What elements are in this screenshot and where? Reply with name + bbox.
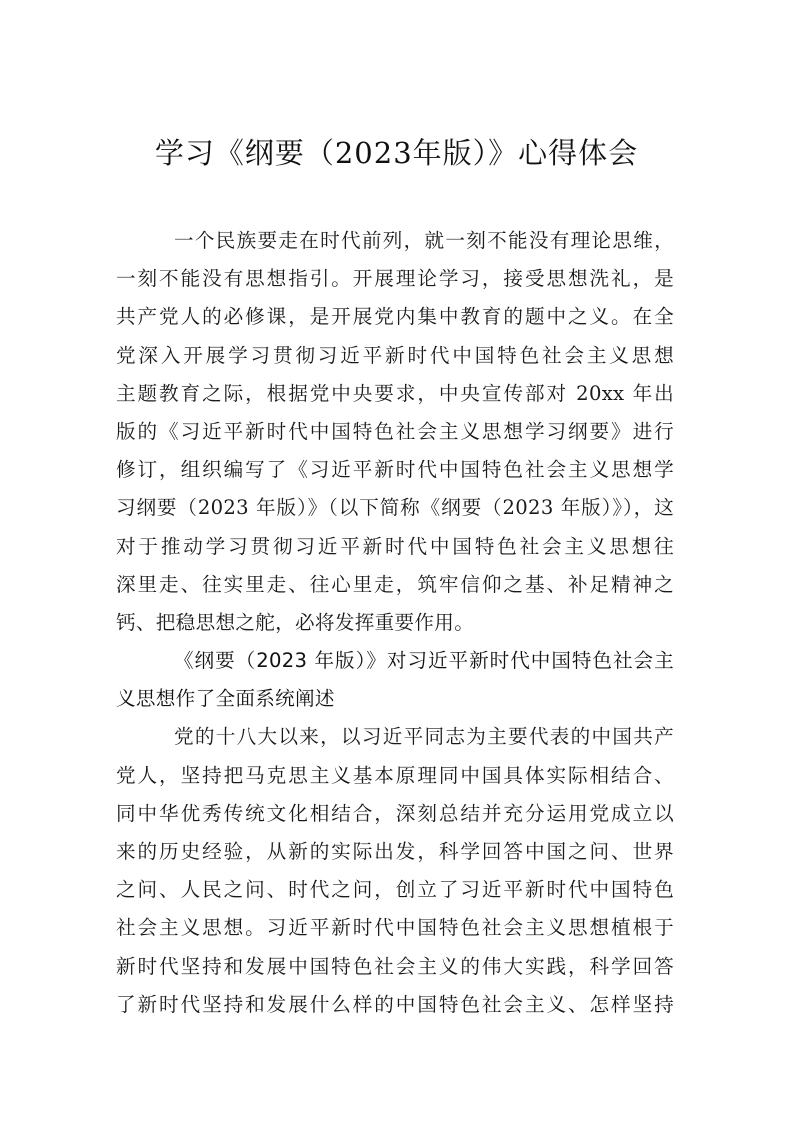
text-line: 习纲要（2023 年版）》（以下简称《纲要（2023 年版）》），这	[116, 489, 674, 527]
document-title: 学习《纲要（2023年版）》心得体会	[0, 133, 793, 173]
text-line: 钙、把稳思想之舵，必将发挥重要作用。	[116, 604, 674, 642]
text-line: 主题教育之际，根据党中央要求，中央宣传部对 20xx 年出	[116, 375, 674, 413]
text-line: 共产党人的必修课，是开展党内集中教育的题中之义。在全	[116, 298, 674, 336]
text-line: 同中华优秀传统文化相结合，深刻总结并充分运用党成立以	[116, 795, 674, 833]
text-line: 一刻不能没有思想指引。开展理论学习，接受思想洗礼，是	[116, 260, 674, 298]
text-line: 一个民族要走在时代前列，就一刻不能没有理论思维，	[116, 222, 674, 260]
text-line: 版的《习近平新时代中国特色社会主义思想学习纲要》进行	[116, 413, 674, 451]
paragraph-body: 党的十八大以来，以习近平同志为主要代表的中国共产 党人，坚持把马克思主义基本原理…	[116, 718, 674, 1024]
heading-line: 义思想作了全面系统阐述	[116, 680, 674, 718]
text-line: 党的十八大以来，以习近平同志为主要代表的中国共产	[116, 718, 674, 756]
section-heading: 《纲要（2023 年版）》对习近平新时代中国特色社会主 义思想作了全面系统阐述	[116, 642, 674, 718]
heading-line: 《纲要（2023 年版）》对习近平新时代中国特色社会主	[116, 642, 674, 680]
paragraph-intro: 一个民族要走在时代前列，就一刻不能没有理论思维， 一刻不能没有思想指引。开展理论…	[116, 222, 674, 642]
text-line: 对于推动学习贯彻习近平新时代中国特色社会主义思想往	[116, 528, 674, 566]
text-line: 来的历史经验，从新的实际出发，科学回答中国之问、世界	[116, 833, 674, 871]
text-line: 之问、人民之问、时代之问，创立了习近平新时代中国特色	[116, 871, 674, 909]
text-line: 深里走、往实里走、往心里走，筑牢信仰之基、补足精神之	[116, 566, 674, 604]
text-line: 社会主义思想。习近平新时代中国特色社会主义思想植根于	[116, 909, 674, 947]
text-line: 党人，坚持把马克思主义基本原理同中国具体实际相结合、	[116, 757, 674, 795]
text-line: 新时代坚持和发展中国特色社会主义的伟大实践，科学回答	[116, 948, 674, 986]
text-line: 修订，组织编写了《习近平新时代中国特色社会主义思想学	[116, 451, 674, 489]
document-body: 一个民族要走在时代前列，就一刻不能没有理论思维， 一刻不能没有思想指引。开展理论…	[116, 222, 674, 1024]
text-line: 党深入开展学习贯彻习近平新时代中国特色社会主义思想	[116, 337, 674, 375]
document-page: 学习《纲要（2023年版）》心得体会 一个民族要走在时代前列，就一刻不能没有理论…	[0, 0, 793, 1122]
text-line: 了新时代坚持和发展什么样的中国特色社会主义、怎样坚持	[116, 986, 674, 1024]
